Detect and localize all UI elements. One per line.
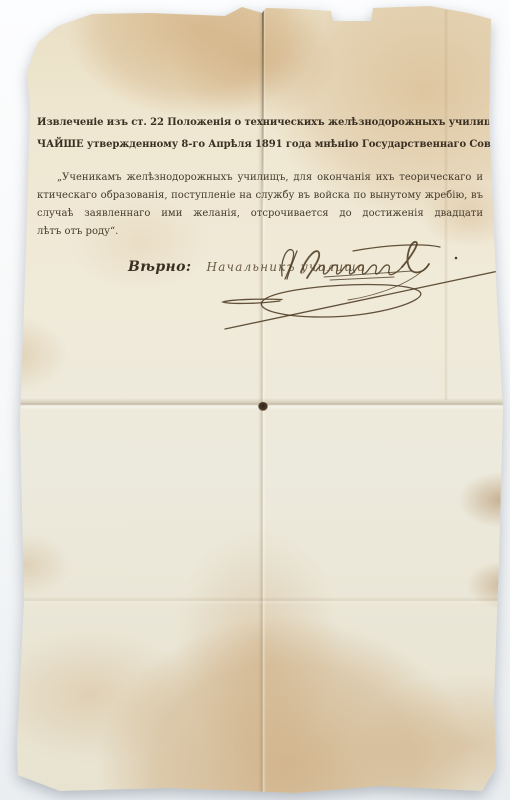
body-line-3: случаѣ заявленнаго ими желанія, отсрочив… [37, 205, 483, 223]
photo-of-document: Извлеченіе изъ ст. 22 Положенія о технич… [0, 0, 510, 800]
body-line-2: ктическаго образованія, поступленіе на с… [37, 187, 483, 205]
paper-shadow: Извлеченіе изъ ст. 22 Положенія о технич… [0, 0, 510, 800]
heading-line-1: Извлеченіе изъ ст. 22 Положенія о технич… [37, 112, 483, 134]
heading-line-2: ЧАЙШЕ утвержденному 8-го Апрѣля 1891 год… [37, 134, 483, 156]
document-paper: Извлеченіе изъ ст. 22 Положенія о технич… [0, 0, 510, 800]
horizontal-fold-crease [0, 398, 510, 410]
fold-intersection-hole [258, 402, 268, 411]
lower-fold-crease [0, 597, 510, 604]
printed-text-block: Извлеченіе изъ ст. 22 Положенія о технич… [37, 112, 483, 241]
body-line-1: „Ученикамъ желѣзнодорожныхъ училищъ, для… [37, 169, 483, 187]
handwritten-signature-icon [110, 238, 510, 346]
body-paragraph: „Ученикамъ желѣзнодорожныхъ училищъ, для… [37, 169, 483, 241]
